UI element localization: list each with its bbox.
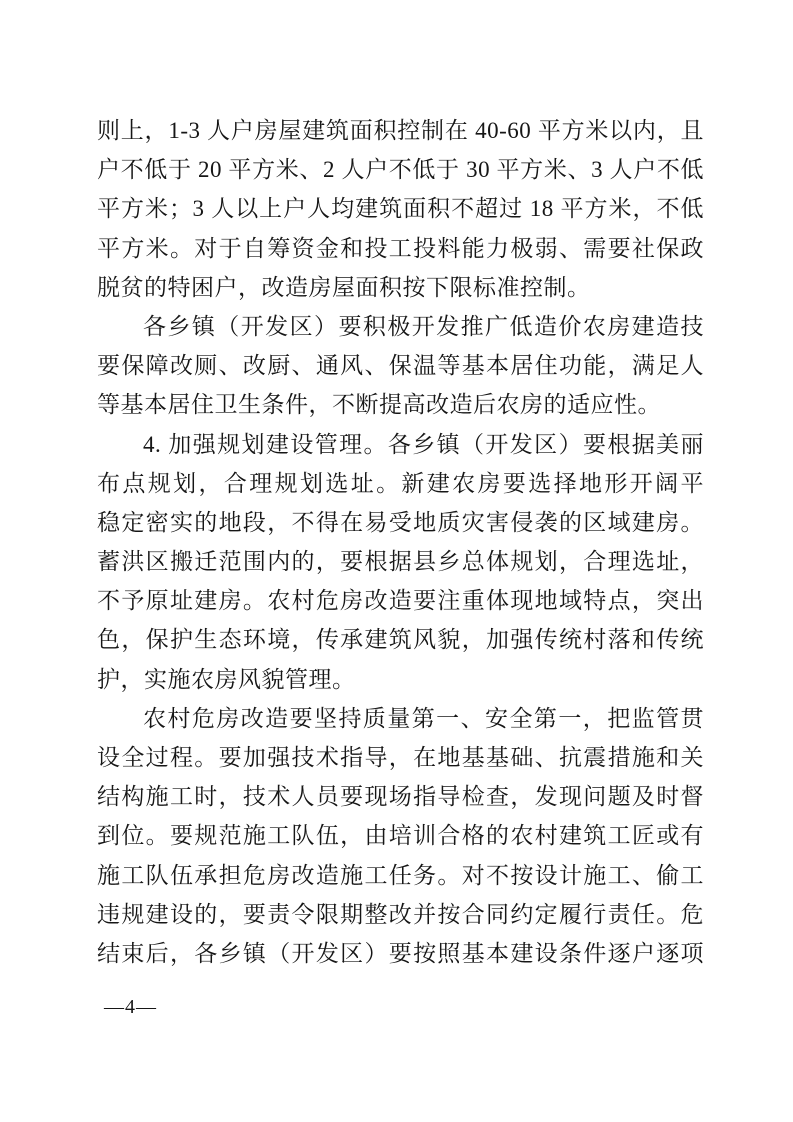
text-line: 违规建设的，要责令限期整改并按合同约定履行责任。危房改造 — [97, 895, 704, 934]
paragraph: 各乡镇（开发区）要积极开发推广低造价农房建造技术，还要保障改厕、改厨、通风、保温… — [97, 307, 704, 425]
text-line: 平方米。对于自筹资金和投工投料能力极弱、需要社保政策兜底 — [97, 229, 704, 268]
text-line: 脱贫的特困户，改造房屋面积按下限标准控制。 — [97, 268, 704, 307]
document-body: 则上，1-3 人户房屋建筑面积控制在 40-60 平方米以内，且 1 人户不低于… — [97, 111, 704, 973]
document-page: 则上，1-3 人户房屋建筑面积控制在 40-60 平方米以内，且 1 人户不低于… — [0, 0, 793, 1122]
text-line: 要保障改厕、改厨、通风、保温等基本居住功能，满足人畜分离 — [97, 346, 704, 385]
text-line: 护，实施农房风貌管理。 — [97, 660, 704, 699]
text-line: 户不低于 20 平方米、2 人户不低于 30 平方米、3 人户不低于 40 — [97, 150, 704, 189]
text-line: 结束后，各乡镇（开发区）要按照基本建设条件逐户逐项检查验 — [97, 934, 704, 973]
text-line: 4. 加强规划建设管理。各乡镇（开发区）要根据美丽乡村 — [97, 425, 704, 464]
text-line: 施工队伍承担危房改造施工任务。对不按设计施工、偷工减料或 — [97, 856, 704, 895]
text-line: 稳定密实的地段，不得在易受地质灾害侵袭的区域建房。属于行 — [97, 503, 704, 542]
text-line: 设全过程。要加强技术指导，在地基基础、抗震措施和关键主体 — [97, 738, 704, 777]
text-line: 等基本居住卫生条件，不断提高改造后农房的适应性。 — [97, 385, 704, 424]
text-line: 各乡镇（开发区）要积极开发推广低造价农房建造技术，还 — [97, 307, 704, 346]
paragraph: 4. 加强规划建设管理。各乡镇（开发区）要根据美丽乡村布点规划，合理规划选址。新… — [97, 425, 704, 699]
text-line: 蓄洪区搬迁范围内的，要根据县乡总体规划，合理选址，原则上 — [97, 542, 704, 581]
page-number: —4— — [104, 993, 157, 1021]
text-line: 布点规划，合理规划选址。新建农房要选择地形开阔平坦、地基 — [97, 464, 704, 503]
text-line: 平方米；3 人以上户人均建筑面积不超过 18 平方米，不低于 13 — [97, 189, 704, 228]
text-line: 色，保护生态环境，传承建筑风貌，加强传统村落和传统民居保 — [97, 620, 704, 659]
text-line: 到位。要规范施工队伍，由培训合格的农村建筑工匠或有资质的 — [97, 816, 704, 855]
text-line: 农村危房改造要坚持质量第一、安全第一，把监管贯穿于建 — [97, 699, 704, 738]
paragraph: 农村危房改造要坚持质量第一、安全第一，把监管贯穿于建设全过程。要加强技术指导，在… — [97, 699, 704, 973]
paragraph: 则上，1-3 人户房屋建筑面积控制在 40-60 平方米以内，且 1 人户不低于… — [97, 111, 704, 307]
text-line: 则上，1-3 人户房屋建筑面积控制在 40-60 平方米以内，且 1 人 — [97, 111, 704, 150]
text-line: 不予原址建房。农村危房改造要注重体现地域特点，突出乡村特 — [97, 581, 704, 620]
text-line: 结构施工时，技术人员要现场指导检查，发现问题及时督促整改 — [97, 777, 704, 816]
